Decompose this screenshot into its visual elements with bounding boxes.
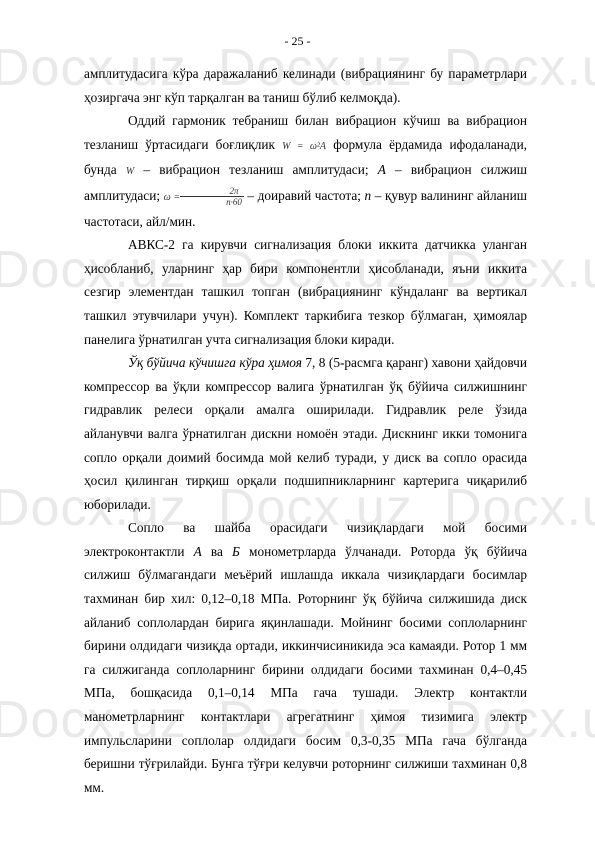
formula-acceleration: W = ω²A — [282, 141, 326, 152]
paragraph-nozzle-pressure: Сопло ва шайба орасидаги чизиқлардаги мо… — [84, 516, 527, 799]
text: 7, 8 (5-расмга қаранг) хавони ҳайдовчи к… — [84, 355, 527, 512]
variable-w: W — [126, 166, 134, 177]
paragraph-avks2: АВКС-2 га кирувчи сигнализация блоки икк… — [84, 233, 527, 351]
formula-omega-fraction: 2πn·60 — [180, 186, 244, 207]
paragraph-axial-protection: Ўқ бўйича кўчишга кўра ҳимоя 7, 8 (5-рас… — [84, 351, 527, 516]
page-number: - 25 - — [0, 34, 595, 49]
italic-heading: Ўқ бўйича кўчишга кўра ҳимоя — [128, 355, 302, 370]
text: – доиравий частота; — [244, 188, 365, 203]
formula-omega-lhs: ω = — [164, 192, 181, 203]
variable-a: А — [194, 544, 202, 559]
text: ва — [202, 544, 232, 559]
fraction-denominator: n·60 — [180, 197, 244, 207]
variable-a: A — [378, 162, 386, 177]
variable-b: Б — [232, 544, 240, 559]
fraction-numerator: 2π — [180, 186, 244, 197]
paragraph-continuation: амплитудасига кўра даражаланиб келинади … — [84, 62, 527, 109]
document-body: амплитудасига кўра даражаланиб келинади … — [84, 62, 527, 799]
paragraph-harmonic-vibration: Оддий гармоник тебраниш билан вибрацион … — [84, 109, 527, 233]
text: монометрларда ўлчанади. Роторда ўқ бўйич… — [84, 544, 527, 795]
text: – вибрацион тезланиш амплитудаси; — [134, 162, 378, 177]
